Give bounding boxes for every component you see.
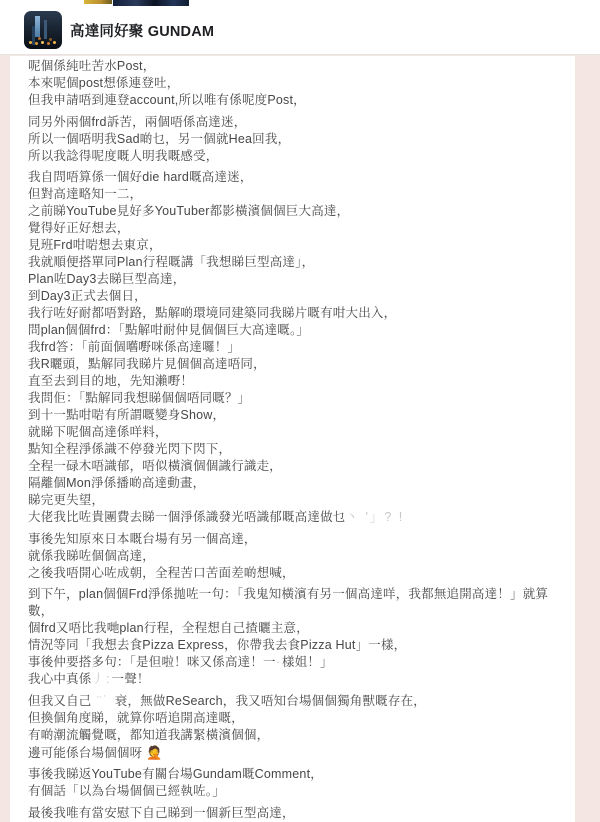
- post-paragraph: 但我又自己 ¨˙ 衰，無做ReSearch，我又唔知台場個個獨角獸嘅存在，但換個…: [28, 693, 557, 762]
- post-line: 見班Frd咁啱想去東京，: [28, 237, 557, 254]
- facepalm-emoji: 🤦: [146, 745, 162, 760]
- post-text-segment: 大佬我比咗貴團費去睇一個淨係識發光唔識郁嘅高達做乜: [28, 510, 346, 524]
- post-text-segment: 數，: [28, 604, 53, 618]
- post-card: 呢個係純吐苦水Post，本來呢個post想係連登吐，但我申請唔到連登accoun…: [10, 56, 575, 822]
- post-text-segment: 我R曬頭，點解同我睇片見個個高達唔同，: [28, 357, 266, 371]
- post-paragraph: 呢個係純吐苦水Post，本來呢個post想係連登吐，但我申請唔到連登accoun…: [28, 58, 557, 109]
- post-line: 但我又自己 ¨˙ 衰，無做ReSearch，我又唔知台場個個獨角獸嘅存在，: [28, 693, 557, 710]
- post-text-segment: 事後仲要搭多句：「是但啦！咪又係高達！一: [28, 655, 276, 669]
- post-line: 我就順便搭單同Plan行程嘅講「我想睇巨型高達」，: [28, 254, 557, 271]
- post-text-segment: 我心中真係: [28, 672, 92, 686]
- post-paragraph: 事後先知原來日本嘅台場有另一個高達，就係我睇咗個個高達，之後我唔開心咗成朝，全程…: [28, 531, 557, 582]
- post-text-segment: 就睇下呢個高達係咩料，: [28, 425, 168, 439]
- post-text-segment: 邊可能係台場個個呀: [28, 746, 146, 760]
- post-text-segment: 但對高達略知一二，: [28, 187, 142, 201]
- post-text-segment: 本來呢個post想係連登吐，: [28, 76, 179, 90]
- post-text-segment: 個frd又唔比我哋plan行程，全程想自己揸曬主意，: [28, 621, 309, 635]
- post-text-segment: 事後先知原來日本嘅台場有另一個高達，: [28, 532, 257, 546]
- post-line: 到十一點咁啱有所謂嘅變身Show，: [28, 407, 557, 424]
- post-line: 直至去到目的地，先知瀨嘢！: [28, 373, 557, 390]
- post-line: 個frd又唔比我哋plan行程，全程想自己揸曬主意，: [28, 620, 557, 637]
- post-text-segment: 但我申請唔到連登account,所以唯有係呢度Post，: [28, 93, 306, 107]
- post-body: 呢個係純吐苦水Post，本來呢個post想係連登吐，但我申請唔到連登accoun…: [28, 58, 557, 822]
- post-line: 最後我唯有當安慰下自己睇到一個新巨型高達，: [28, 805, 557, 822]
- post-line: 事後我睇返YouTube有關台場Gundam嘅Comment，: [28, 766, 557, 783]
- post-text-segment: Plan咗Day3去睇巨型高達，: [28, 272, 185, 286]
- post-text-segment: 最後我唯有當安慰下自己睇到一個新巨型高達，: [28, 806, 295, 820]
- post-text-segment: 到下午，plan個個Frd淨係拋咗一句：「我鬼知橫濱有另一個高達咩，我都無追開高…: [28, 587, 548, 601]
- post-paragraph: 同另外兩個frd訴苦，兩個唔係高達迷，所以一個唔明我Sad啲乜，另一個就Hea回…: [28, 114, 557, 165]
- post-line: 事後仲要搭多句：「是但啦！咪又係高達！一·樣姐！」: [28, 654, 557, 671]
- post-text-segment: 之前睇YouTube見好多YouTuber都影橫濱個個巨大高達，: [28, 204, 349, 218]
- post-text-segment: 事後我睇返YouTube有關台場Gundam嘅Comment，: [28, 767, 323, 781]
- post-text-segment: 全程一碌木唔識郁，唔似橫濱個個識行識走，: [28, 459, 282, 473]
- post-line: 呢個係純吐苦水Post，: [28, 58, 557, 75]
- post-line: 之前睇YouTube見好多YouTuber都影橫濱個個巨大高達，: [28, 203, 557, 220]
- post-line: 但我申請唔到連登account,所以唯有係呢度Post，: [28, 92, 557, 109]
- post-line: 我自問唔算係一個好die hard嘅高達迷，: [28, 169, 557, 186]
- post-text-segment: 點知全程淨係識不停發光閃下閃下，: [28, 442, 231, 456]
- post-text-segment: 我就順便搭單同Plan行程嘅講「我想睇巨型高達」，: [28, 255, 314, 269]
- post-line: 隔離個Mon淨係播啲高達動畫，: [28, 475, 557, 492]
- post-line: 就係我睇咗個個高達，: [28, 548, 557, 565]
- group-avatar[interactable]: [24, 11, 62, 49]
- unrendered-glyph-fragment: 丿:: [92, 672, 112, 686]
- post-line: 本來呢個post想係連登吐，: [28, 75, 557, 92]
- post-text-segment: 問plan個個frd：「點解咁耐仲見個個巨大高達嘅。」: [28, 323, 309, 337]
- unrendered-glyph-fragment: ¨˙: [92, 694, 115, 708]
- post-paragraph: 我自問唔算係一個好die hard嘅高達迷，但對高達略知一二，之前睇YouTub…: [28, 169, 557, 526]
- post-text-segment: 樣姐！」: [282, 655, 333, 669]
- post-text-segment: 但我又自己: [28, 694, 92, 708]
- post-paragraph: 事後我睇返YouTube有關台場Gundam嘅Comment，有個話「以為台場個…: [28, 766, 557, 800]
- post-text-segment: 覺得好正好想去，: [28, 221, 130, 235]
- post-text-segment: 見班Frd咁啱想去東京，: [28, 238, 162, 252]
- content-area: 呢個係純吐苦水Post，本來呢個post想係連登吐，但我申請唔到連登accoun…: [0, 56, 600, 822]
- post-text-segment: 我frd答：「前面個嚿嘢咪係高達囉！」: [28, 340, 240, 354]
- post-line: 到Day3正式去個日，: [28, 288, 557, 305]
- post-line: 但對高達略知一二，: [28, 186, 557, 203]
- post-text-segment: 我行咗好耐都唔對路，點解啲環境同建築同我睇片嘅有咁大出入，: [28, 306, 396, 320]
- post-line: 所以我諗得呢度嘅人明我嘅感受，: [28, 148, 557, 165]
- post-line: 我問佢：「點解同我想睇個個唔同嘅？」: [28, 390, 557, 407]
- post-paragraph: 到下午，plan個個Frd淨係拋咗一句：「我鬼知橫濱有另一個高達咩，我都無追開高…: [28, 586, 557, 688]
- post-line: 之後我唔開心咗成朝，全程苦口苦面差啲想喊，: [28, 565, 557, 582]
- post-line: 我心中真係丿:一聲！: [28, 671, 557, 688]
- post-line: 就睇下呢個高達係咩料，: [28, 424, 557, 441]
- post-text-segment: 到Day3正式去個日，: [28, 289, 147, 303]
- post-text-segment: 隔離個Mon淨係播啲高達動畫，: [28, 476, 205, 490]
- post-line: 覺得好正好想去，: [28, 220, 557, 237]
- post-text-segment: 到十一點咁啱有所謂嘅變身Show，: [28, 408, 225, 422]
- page: { "colors": { "page_bg": "#f4e7e3", "car…: [0, 0, 600, 822]
- unrendered-glyph-fragment: 丶 '」? !: [346, 510, 405, 524]
- post-text-segment: 就係我睇咗個個高達，: [28, 549, 155, 563]
- group-header-bar: 高達同好聚 GUNDAM: [0, 0, 600, 55]
- post-line: 我行咗好耐都唔對路，點解啲環境同建築同我睇片嘅有咁大出入，: [28, 305, 557, 322]
- post-line: 全程一碌木唔識郁，唔似橫濱個個識行識走，: [28, 458, 557, 475]
- post-line: 事後先知原來日本嘅台場有另一個高達，: [28, 531, 557, 548]
- post-line: 問plan個個frd：「點解咁耐仲見個個巨大高達嘅。」: [28, 322, 557, 339]
- post-paragraph: 最後我唯有當安慰下自己睇到一個新巨型高達，: [28, 805, 557, 822]
- post-line: 睇完更失望，: [28, 492, 557, 509]
- post-text-segment: 睇完更失望，: [28, 493, 104, 507]
- post-line: 同另外兩個frd訴苦，兩個唔係高達迷，: [28, 114, 557, 131]
- post-line: 點知全程淨係識不停發光閃下閃下，: [28, 441, 557, 458]
- post-text-segment: 之後我唔開心咗成朝，全程苦口苦面差啲想喊，: [28, 566, 295, 580]
- post-text-segment: 有個話「以為台場個個已經執咗。」: [28, 784, 225, 798]
- cropped-content-fragment-yellow: [84, 0, 112, 4]
- post-text-segment: 衰，無做ReSearch，我又唔知台場個個獨角獸嘅存在，: [115, 694, 426, 708]
- cropped-content-fragment-dark: [113, 0, 189, 6]
- post-text-segment: 我自問唔算係一個好die hard嘅高達迷，: [28, 170, 253, 184]
- post-text-segment: 所以我諗得呢度嘅人明我嘅感受，: [28, 149, 219, 163]
- post-line: 大佬我比咗貴團費去睇一個淨係識發光唔識郁嘅高達做乜丶 '」? !: [28, 509, 557, 526]
- post-line: 我R曬頭，點解同我睇片見個個高達唔同，: [28, 356, 557, 373]
- post-text-segment: 但換個角度睇，就算你唔追開高達嘅，: [28, 711, 244, 725]
- post-text-segment: 一聲！: [112, 672, 150, 686]
- post-text-segment: 直至去到目的地，先知瀨嘢！: [28, 374, 193, 388]
- post-text-segment: 同另外兩個frd訴苦，兩個唔係高達迷，: [28, 115, 246, 129]
- post-line: 數，: [28, 603, 557, 620]
- post-text-segment: 我問佢：「點解同我想睇個個唔同嘅？」: [28, 391, 250, 405]
- post-line: 有個話「以為台場個個已經執咗。」: [28, 783, 557, 800]
- post-line: 邊可能係台場個個呀 🤦: [28, 744, 557, 762]
- post-line: 情況等同「我想去食Pizza Express，你帶我去食Pizza Hut」一樣…: [28, 637, 557, 654]
- group-name-link[interactable]: 高達同好聚 GUNDAM: [70, 20, 214, 41]
- post-text-segment: 呢個係純吐苦水Post，: [28, 59, 155, 73]
- post-text-segment: 有啲潮流觸覺嘅，都知道我講緊橫濱個個，: [28, 728, 269, 742]
- post-line: 所以一個唔明我Sad啲乜，另一個就Hea回我，: [28, 131, 557, 148]
- post-text-segment: 情況等同「我想去食Pizza Express，你帶我去食Pizza Hut」一樣…: [28, 638, 406, 652]
- post-line: 有啲潮流觸覺嘅，都知道我講緊橫濱個個，: [28, 727, 557, 744]
- post-line: 但換個角度睇，就算你唔追開高達嘅，: [28, 710, 557, 727]
- post-line: Plan咗Day3去睇巨型高達，: [28, 271, 557, 288]
- post-line: 我frd答：「前面個嚿嘢咪係高達囉！」: [28, 339, 557, 356]
- post-text-segment: 所以一個唔明我Sad啲乜，另一個就Hea回我，: [28, 132, 290, 146]
- post-line: 到下午，plan個個Frd淨係拋咗一句：「我鬼知橫濱有另一個高達咩，我都無追開高…: [28, 586, 557, 603]
